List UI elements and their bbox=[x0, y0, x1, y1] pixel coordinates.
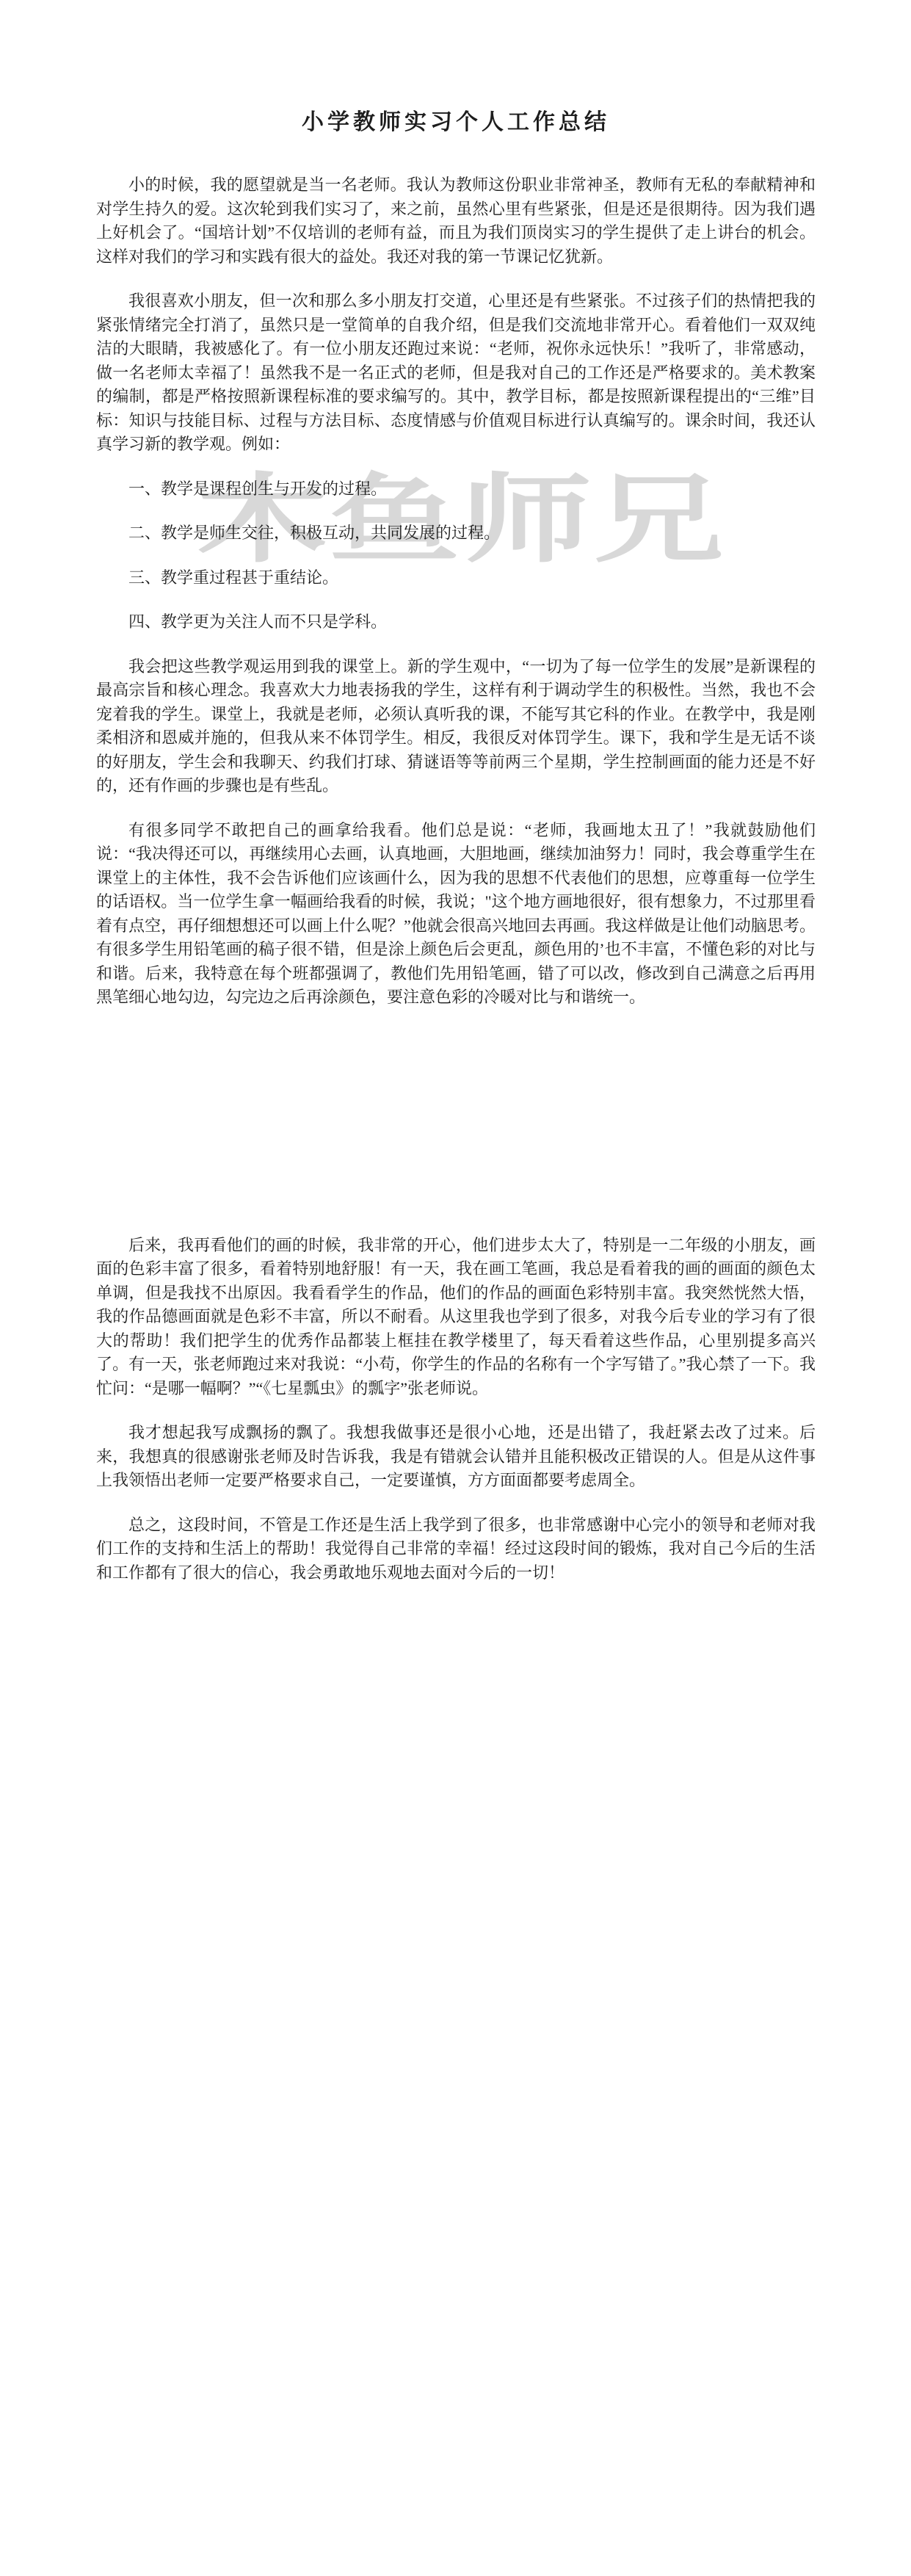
teaching-view-item-3: 三、教学重过程甚于重结论。 bbox=[96, 566, 816, 590]
teaching-view-item-1: 一、教学是课程创生与开发的过程。 bbox=[96, 477, 816, 502]
document-title: 小学教师实习个人工作总结 bbox=[96, 109, 816, 137]
paragraph-first-class: 我很喜欢小朋友，但一次和那么多小朋友打交道，心里还是有些紧张。不过孩子们的热情把… bbox=[96, 289, 816, 457]
paragraph-progress: 后来，我再看他们的画的时候，我非常的开心，他们进步太大了，特别是一二年级的小朋友… bbox=[96, 1234, 816, 1401]
document-content: 小学教师实习个人工作总结 小的时候，我的愿望就是当一名老师。我认为教师这份职业非… bbox=[96, 0, 816, 1585]
teaching-view-item-4: 四、教学更为关注人而不只是学科。 bbox=[96, 610, 816, 634]
paragraph-encourage-drawing: 有很多同学不敢把自己的画拿给我看。他们总是说：“老师，我画地太丑了！”我就鼓励他… bbox=[96, 819, 816, 1010]
paragraph-conclusion: 总之，这段时间，不管是工作还是生活上我学到了很多，也非常感谢中心完小的领导和老师… bbox=[96, 1513, 816, 1585]
paragraph-student-view: 我会把这些教学观运用到我的课堂上。新的学生观中，“一切为了每一位学生的发展”是新… bbox=[96, 655, 816, 798]
page-break-gap bbox=[96, 1010, 816, 1213]
teaching-view-item-2: 二、教学是师生交往，积极互动，共同发展的过程。 bbox=[96, 521, 816, 546]
document-page: 木鱼师兄 小学教师实习个人工作总结 小的时候，我的愿望就是当一名老师。我认为教师… bbox=[0, 0, 911, 2576]
paragraph-correction: 我才想起我写成飘扬的飘了。我想我做事还是很小心地，还是出错了，我赶紧去改了过来。… bbox=[96, 1421, 816, 1493]
paragraph-intro: 小的时候，我的愿望就是当一名老师。我认为教师这份职业非常神圣，教师有无私的奉献精… bbox=[96, 173, 816, 269]
